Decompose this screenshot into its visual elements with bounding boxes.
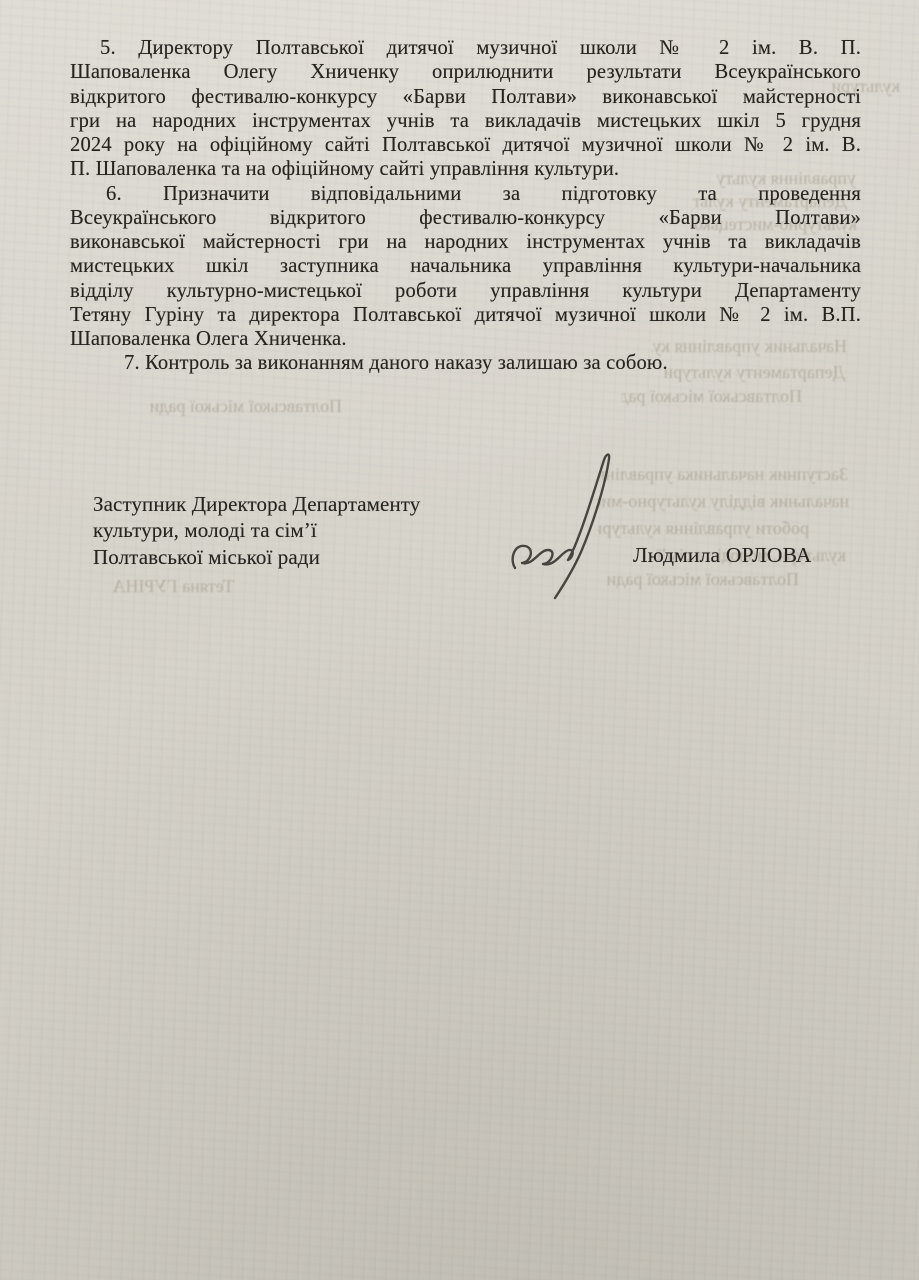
signatory-name: Людмила ОРЛОВА [633,543,812,568]
text-line: мистецьких шкіл заступника начальника уп… [70,254,861,278]
text-line: відділу культурно-мистецької роботи упра… [70,279,861,303]
signatory-title-line: Полтавської міської ради [93,544,420,570]
order-body-text: 5. Директору Полтавської дитячої музично… [70,36,861,376]
scanned-order-page: культуриуправління культуриДепартаменту … [0,0,919,1280]
text-line: 7. Контроль за виконанням даного наказу … [70,351,861,375]
signatory-title-line: Заступник Директора Департаменту [93,491,420,517]
text-line: 6. Призначити відповідальними за підгото… [70,182,861,206]
text-line: Шаповаленка Олега Хниченка. [70,327,861,351]
text-line: Тетяну Гуріну та директора Полтавської д… [70,303,861,327]
text-line: П. Шаповаленка та на офіційному сайті уп… [70,157,861,181]
text-line: виконавської майстерності гри на народни… [70,230,861,254]
paragraph: 5. Директору Полтавської дитячої музично… [70,36,861,182]
text-line: гри на народних інструментах учнів та ви… [70,109,861,133]
bleedthrough-text: Полтавської міської ради [92,396,342,416]
signatory-title-line: культури, молоді та сім’ї [93,517,420,543]
signatory-title: Заступник Директора Департаментукультури… [93,491,420,570]
paragraph: 6. Призначити відповідальними за підгото… [70,182,861,352]
text-line: Шаповаленка Олегу Хниченку оприлюднити р… [70,60,861,84]
bleedthrough-text: Заступник начальника управління культури… [600,464,848,484]
bleedthrough-text: Полтавської міської ради [622,386,802,406]
text-line: Всеукраїнського відкритого фестивалю-кон… [70,206,861,230]
bleedthrough-text: Тетяна ГУРІНА [74,576,234,596]
handwritten-signature [505,446,635,606]
text-line: відкритого фестивалю-конкурсу «Барви Пол… [70,85,861,109]
paragraph: 7. Контроль за виконанням даного наказу … [70,351,861,375]
text-line: 5. Директору Полтавської дитячої музично… [70,36,861,60]
text-line: 2024 року на офіційному сайті Полтавсько… [70,133,861,157]
